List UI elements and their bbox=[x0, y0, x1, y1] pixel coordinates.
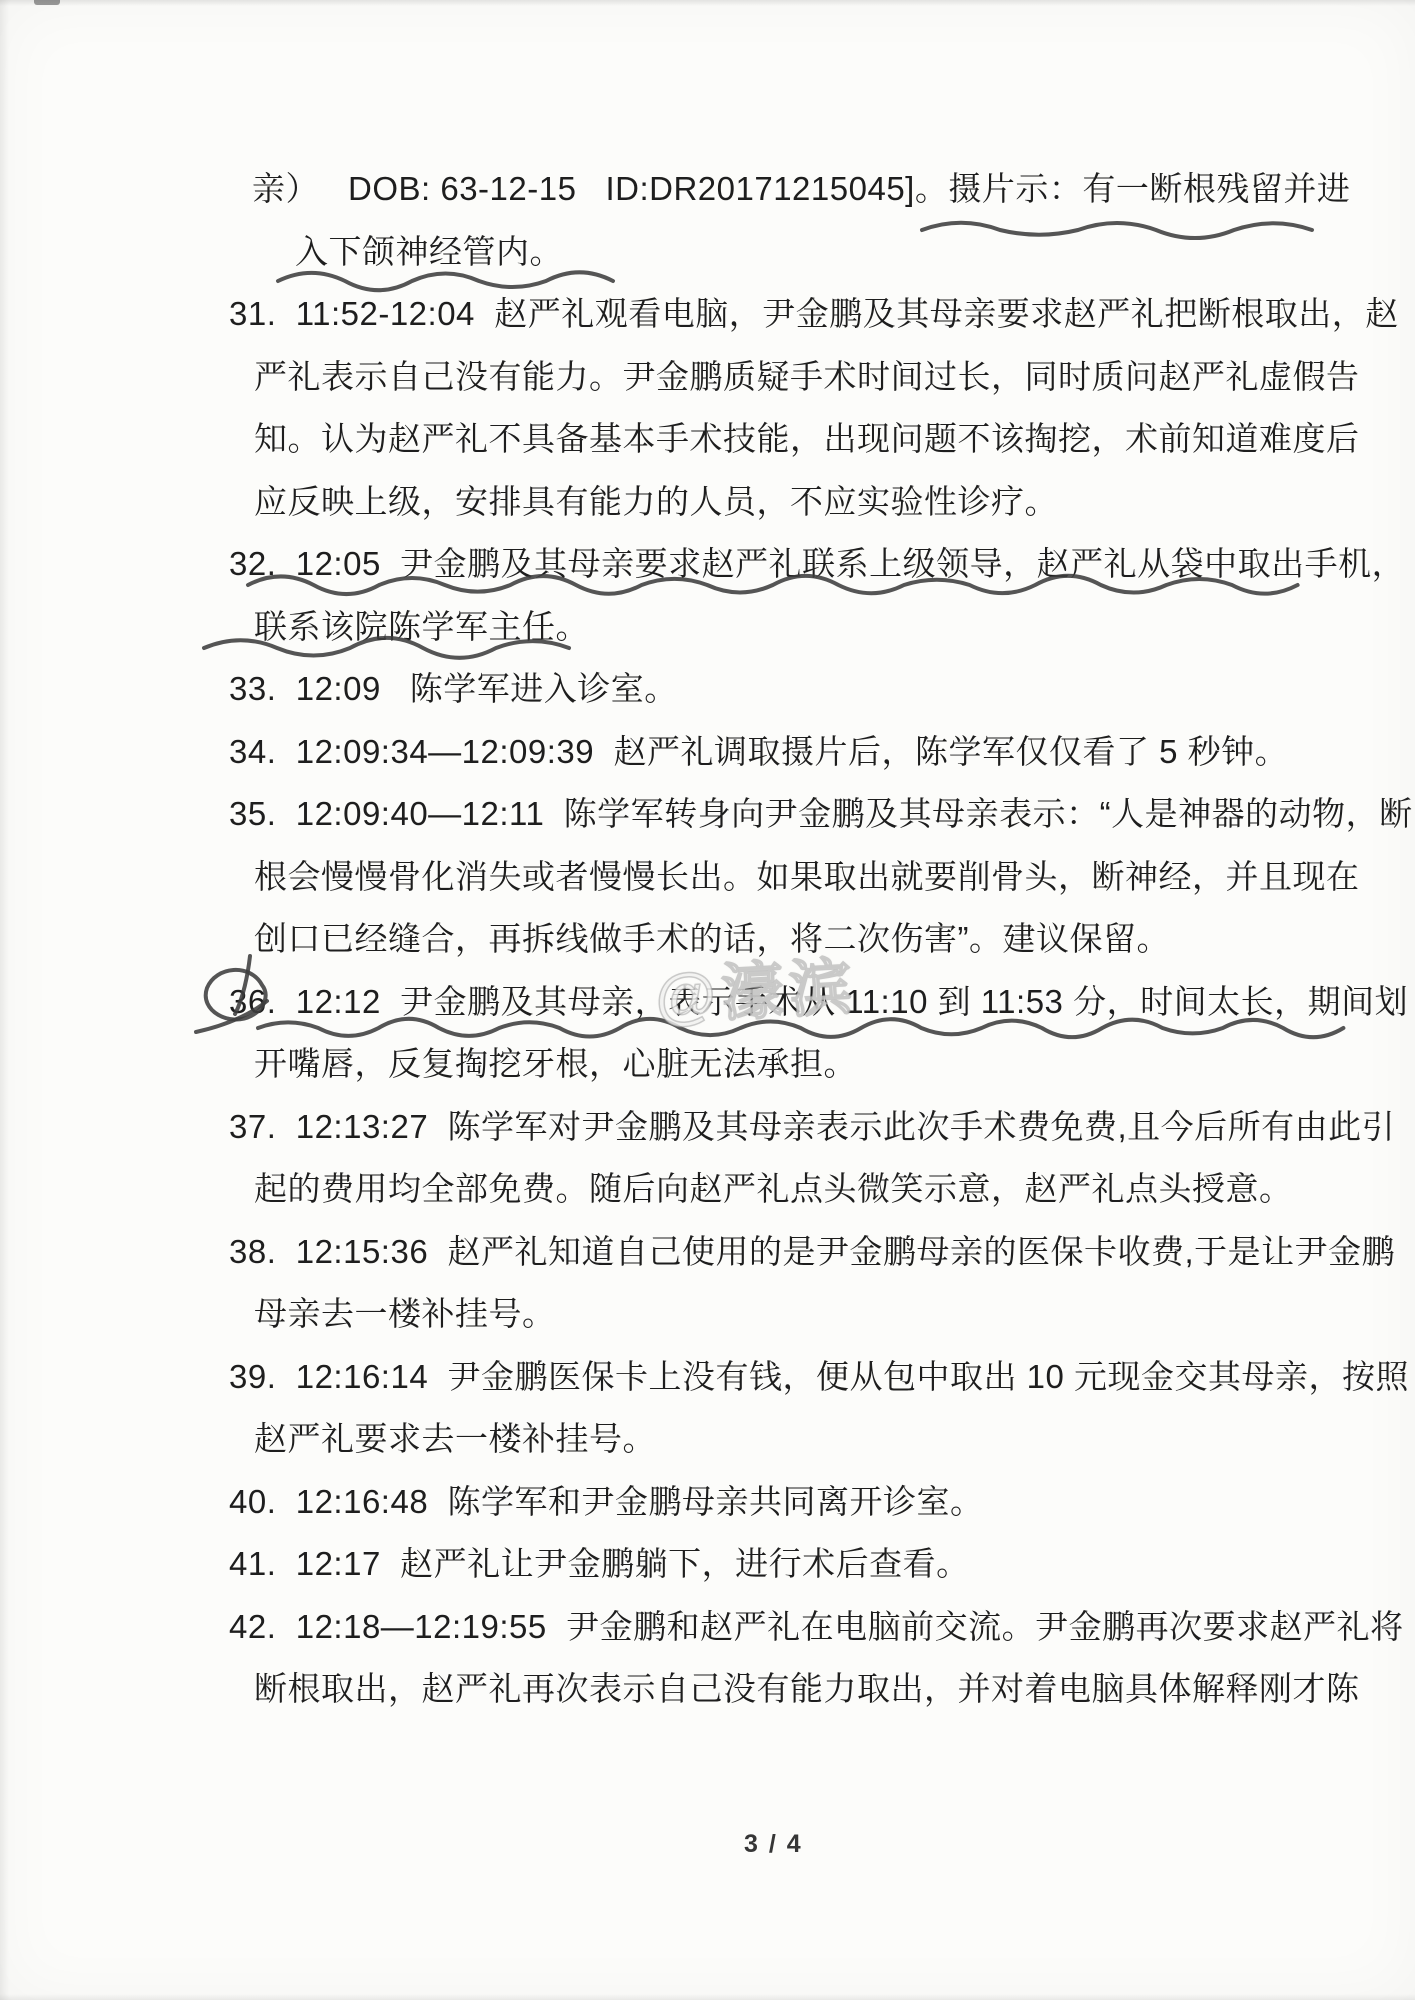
list-item-line: 42. 12:18—12:19:55 尹金鹏和赵严礼在电脑前交流。尹金鹏再次要求… bbox=[229, 1595, 1404, 1658]
list-item-line: 母亲去一楼补挂号。 bbox=[254, 1282, 556, 1345]
list-item-line: 34. 12:09:34—12:09:39 赵严礼调取摄片后，陈学军仅仅看了 5… bbox=[229, 720, 1288, 783]
list-item-line: 38. 12:15:36 赵严礼知道自己使用的是尹金鹏母亲的医保卡收费,于是让尹… bbox=[229, 1220, 1395, 1283]
wavy-underline-annotation bbox=[922, 223, 1312, 238]
list-item-line: 起的费用均全部免费。随后向赵严礼点头微笑示意，赵严礼点头授意。 bbox=[254, 1157, 1293, 1220]
scan-edge-shadow-bottom bbox=[0, 1994, 1415, 2000]
scan-artifact-speck bbox=[34, 0, 60, 5]
list-item-line: 39. 12:16:14 尹金鹏医保卡上没有钱，便从包中取出 10 元现金交其母… bbox=[229, 1345, 1409, 1408]
scan-edge-shadow-left bbox=[0, 0, 9, 2000]
list-item-line: 知。认为赵严礼不具备基本手术技能，出现问题不该掏挖，术前知道难度后 bbox=[254, 407, 1360, 470]
list-item-line: 31. 11:52-12:04 赵严礼观看电脑，尹金鹏及其母亲要求赵严礼把断根取… bbox=[229, 282, 1399, 345]
list-item-line: 开嘴唇，反复掏挖牙根，心脏无法承担。 bbox=[254, 1032, 857, 1095]
scan-edge-shadow-top bbox=[0, 0, 1415, 6]
scanned-document-page: 亲） DOB: 63-12-15 ID:DR20171215045]。摄片示：有… bbox=[0, 0, 1415, 2000]
list-item-line: 应反映上级，安排具有能力的人员，不应实验性诊疗。 bbox=[254, 470, 1058, 533]
list-item-line: 32. 12:05 尹金鹏及其母亲要求赵严礼联系上级领导，赵严礼从袋中取出手机， bbox=[229, 532, 1405, 595]
list-item-line: 37. 12:13:27 陈学军对尹金鹏及其母亲表示此次手术费免费,且今后所有由… bbox=[229, 1095, 1395, 1158]
intro-line: 亲） DOB: 63-12-15 ID:DR20171215045]。摄片示：有… bbox=[252, 157, 1350, 220]
list-item-line: 40. 12:16:48 陈学军和尹金鹏母亲共同离开诊室。 bbox=[229, 1470, 984, 1533]
list-item-line: 断根取出，赵严礼再次表示自己没有能力取出，并对着电脑具体解释刚才陈 bbox=[254, 1657, 1360, 1720]
list-item-line: 根会慢慢骨化消失或者慢慢长出。如果取出就要削骨头，断神经，并且现在 bbox=[254, 845, 1360, 908]
list-item-line: 41. 12:17 赵严礼让尹金鹏躺下，进行术后查看。 bbox=[229, 1532, 970, 1595]
list-item-line: 联系该院陈学军主任。 bbox=[254, 595, 589, 658]
list-item-line: 严礼表示自己没有能力。尹金鹏质疑手术时间过长，同时质问赵严礼虚假告 bbox=[254, 345, 1360, 408]
list-item-line: 赵严礼要求去一楼补挂号。 bbox=[254, 1407, 656, 1470]
watermark-text: @濠滨 bbox=[653, 937, 860, 1036]
list-item-line: 35. 12:09:40—12:11 陈学军转身向尹金鹏及其母亲表示：“人是神器… bbox=[229, 782, 1413, 845]
intro-line: 入下颌神经管内。 bbox=[295, 220, 563, 283]
list-item-line: 33. 12:09 陈学军进入诊室。 bbox=[229, 657, 678, 720]
page-number: 3 / 4 bbox=[744, 1830, 803, 1859]
